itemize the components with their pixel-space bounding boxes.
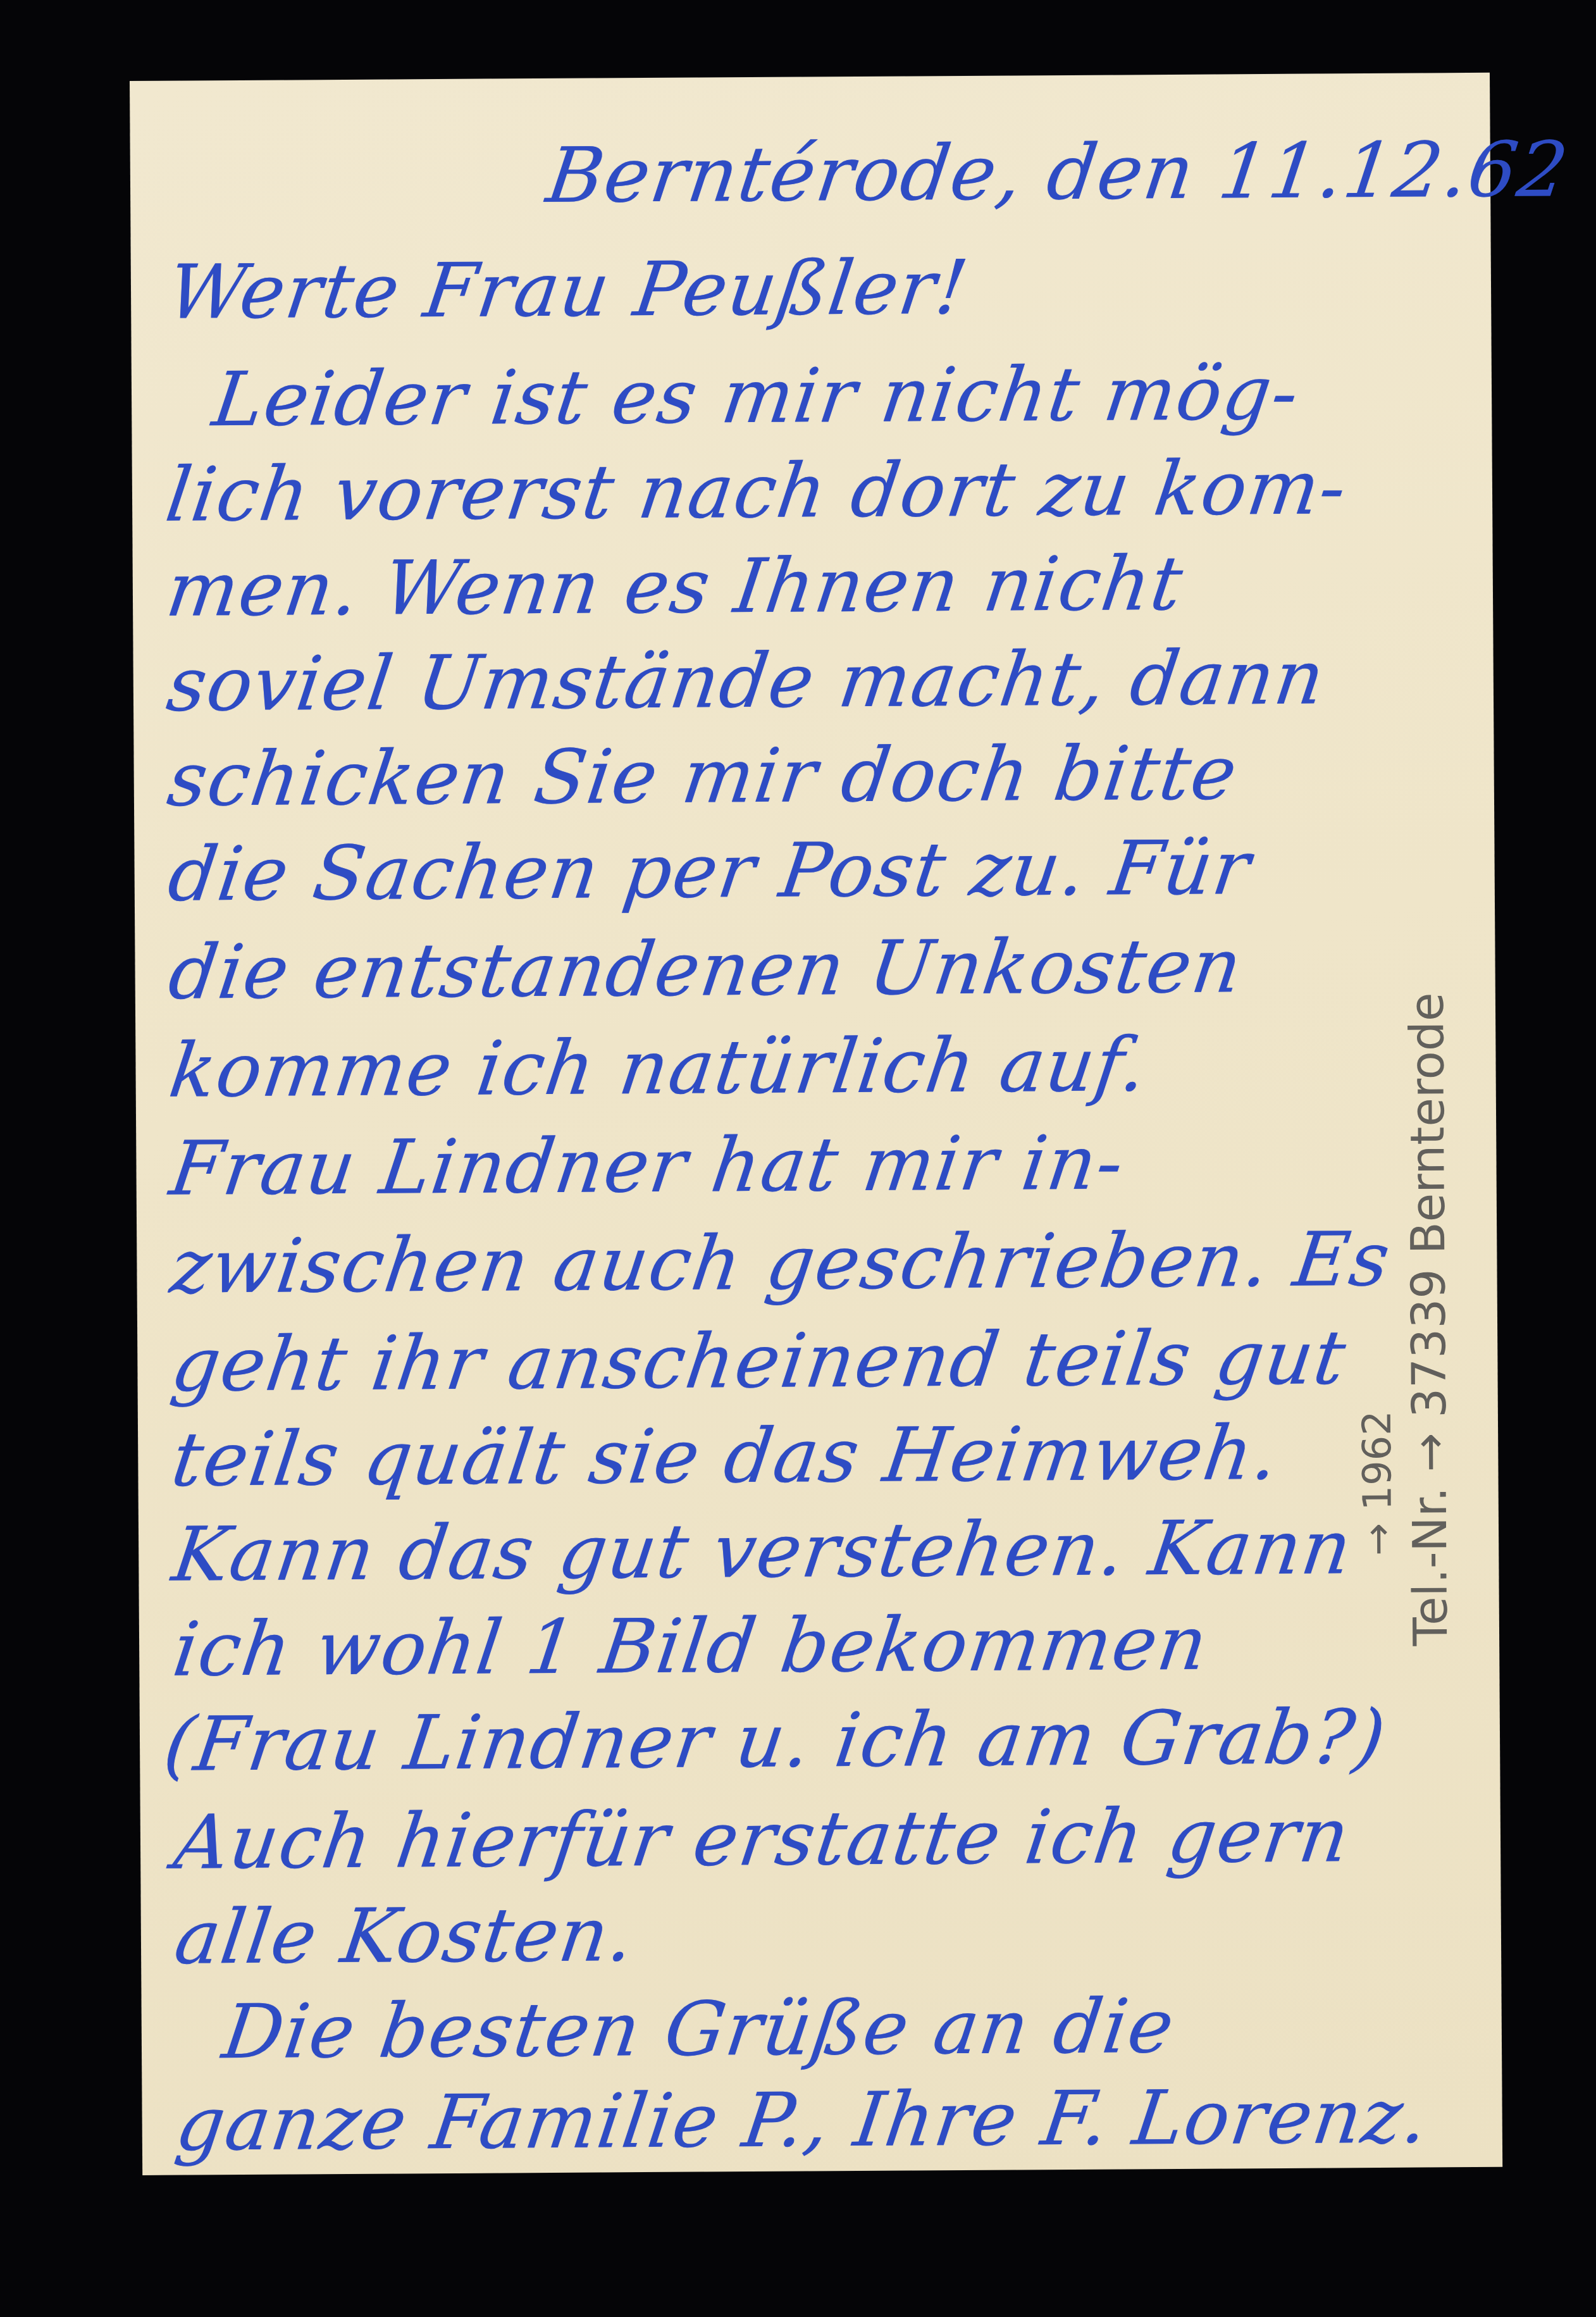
- body-line: ich wohl 1 Bild bekommen: [169, 1606, 1213, 1687]
- pencil-annotation-phone: Tel.-Nr. → 37339 Bernterode: [1400, 992, 1458, 1646]
- body-line: die entstandenen Unkosten: [165, 928, 1247, 1009]
- postcard: Berntérode, den 11.12.62 Werte Frau Peuß…: [130, 73, 1502, 2175]
- body-line: die Sachen per Post zu. Für: [164, 830, 1256, 912]
- body-line: alle Kosten.: [171, 1897, 639, 1975]
- salutation: Werte Frau Peußler!: [164, 250, 973, 330]
- body-line: zwischen auch geschrieben. Es: [167, 1222, 1395, 1304]
- place-date-line: Berntérode, den 11.12.62: [543, 132, 1573, 214]
- pencil-annotation-year: → 1962: [1354, 1410, 1401, 1556]
- body-line: schicken Sie mir doch bitte: [164, 735, 1242, 816]
- body-line: komme ich natürlich auf.: [166, 1027, 1152, 1108]
- body-line: soviel Umstände macht, dann: [163, 640, 1330, 721]
- body-line: Auch hierfür erstatte ich gern: [170, 1798, 1354, 1879]
- body-line: lich vorerst nach dort zu kom-: [162, 450, 1352, 531]
- signature-line: ganze Familie P., Ihre F. Lorenz.: [172, 2078, 1433, 2161]
- body-line: geht ihr anscheinend teils gut: [167, 1320, 1351, 1401]
- body-line: men. Wenn es Ihnen nicht: [163, 546, 1188, 627]
- body-line: Leider ist es mir nicht mög-: [209, 356, 1304, 437]
- body-line: (Frau Lindner u. ich am Grab?): [160, 1699, 1390, 1782]
- body-line: Frau Lindner hat mir in-: [166, 1125, 1129, 1205]
- body-line: teils quält sie das Heimweh.: [168, 1415, 1283, 1497]
- closing-line: Die besten Grüße an die: [219, 1989, 1179, 2069]
- body-line: Kann das gut verstehen. Kann: [168, 1510, 1356, 1591]
